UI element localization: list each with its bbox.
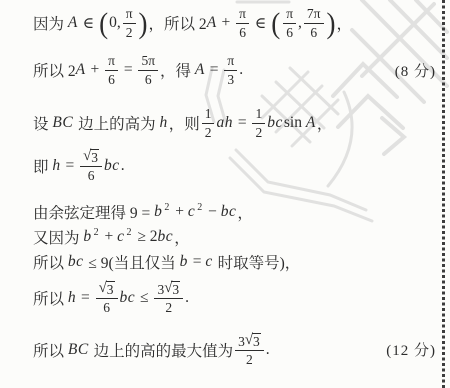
- score-marker: (12 分): [386, 339, 436, 360]
- fraction-denominator: 6: [286, 24, 293, 41]
- math-variable: bc: [158, 228, 175, 246]
- math-variable: bc: [104, 157, 121, 175]
- exponent: 2: [164, 202, 169, 213]
- math-variable: h: [52, 157, 61, 175]
- line-angle-range: 因为 A ∈ (0,π2)，所以 2A + π6 ∈ (π6,7π6)，: [33, 6, 436, 40]
- text-run: =: [77, 289, 94, 307]
- math-variable: BC: [68, 341, 90, 359]
- math-variable: bc: [120, 289, 137, 307]
- column-divider-dotted-line: [442, 0, 445, 388]
- text-run: 0,: [109, 14, 121, 32]
- fraction-denominator: 6: [310, 24, 317, 41]
- solution-page: 因为 A ∈ (0,π2)，所以 2A + π6 ∈ (π6,7π6)，所以 2…: [0, 0, 450, 388]
- sqrt-radicand: 3: [106, 281, 115, 298]
- math-variable: A: [195, 61, 206, 79]
- math-variable: bc: [267, 114, 284, 132]
- fraction-denominator: 2: [255, 124, 262, 141]
- math-variable: A: [306, 114, 317, 132]
- line-am-gm: 又因为 b2 + c2 ≥ 2bc，: [33, 226, 436, 248]
- text-run: sin: [284, 114, 306, 132]
- text-run: +: [101, 228, 118, 246]
- text-run: .: [121, 157, 125, 175]
- text-run: 所以: [33, 339, 68, 361]
- fraction-numerator: √3: [80, 148, 102, 167]
- math-variable: BC: [52, 114, 74, 132]
- fraction: √36: [80, 148, 102, 184]
- text-run: =: [189, 253, 206, 271]
- math-variable: bc: [68, 253, 85, 271]
- fraction: π2: [123, 6, 136, 40]
- math-variable: b: [180, 253, 189, 271]
- line-h-expression: 即 h = √36bc.: [33, 148, 436, 184]
- math-variable: b: [83, 228, 92, 246]
- fraction: 12: [252, 106, 265, 140]
- text-run: ，: [174, 226, 190, 248]
- text-run: 所以: [33, 287, 68, 309]
- solution-text: 因为 A ∈ (0,π2)，所以 2A + π6 ∈ (π6,7π6)，所以 2…: [0, 0, 450, 388]
- text-run: 所以 2: [33, 59, 76, 81]
- line-conclusion: 所以 BC 边上的高的最大值为3√32.(12 分): [33, 332, 436, 368]
- fraction-numerator: 1: [252, 106, 265, 124]
- text-run: ，: [317, 112, 333, 134]
- fraction-numerator: 7π: [304, 6, 324, 24]
- fraction-numerator: √3: [96, 280, 118, 299]
- fraction-denominator: 6: [239, 24, 246, 41]
- text-run: 边上的高的最大值为: [90, 339, 233, 361]
- big-parenthesis: (: [271, 8, 280, 38]
- fraction-denominator: 6: [103, 299, 110, 316]
- text-run: ≤ 9(当且仅当: [85, 251, 180, 273]
- text-run: ，所以 2: [149, 12, 207, 34]
- fraction-numerator: π: [105, 53, 118, 71]
- text-run: ≤: [136, 289, 152, 307]
- text-run: 由余弦定理得 9 =: [33, 201, 154, 223]
- fraction-denominator: 2: [205, 124, 212, 141]
- text-run: ∈: [251, 14, 270, 33]
- fraction: π6: [105, 53, 118, 87]
- text-run: +: [87, 61, 104, 79]
- fraction: 12: [202, 106, 215, 140]
- text-run: =: [206, 61, 223, 79]
- text-run: ≥ 2: [134, 228, 158, 246]
- text-run: 所以: [33, 251, 68, 273]
- exponent: 2: [127, 227, 132, 238]
- text-run: =: [62, 157, 79, 175]
- fraction-numerator: 3√3: [154, 280, 183, 299]
- math-variable: A: [68, 14, 79, 32]
- line-define-height: 设 BC 边上的高为 h，则12ah = 12bcsin A，: [33, 106, 436, 140]
- text-run: 设: [33, 112, 52, 134]
- line-cosine-rule: 由余弦定理得 9 = b2 + c2 − bc，: [33, 201, 436, 223]
- fraction: π3: [224, 53, 237, 87]
- text-run: ，则: [169, 112, 200, 134]
- text-run: +: [218, 14, 235, 32]
- fraction: π6: [236, 6, 249, 40]
- fraction: 7π6: [304, 6, 324, 40]
- math-variable: A: [76, 61, 87, 79]
- fraction-numerator: π: [236, 6, 249, 24]
- math-variable: c: [188, 203, 196, 221]
- math-variable: c: [117, 228, 125, 246]
- text-run: 即: [33, 155, 52, 177]
- score-marker: (8 分): [395, 60, 436, 81]
- math-variable: h: [68, 289, 77, 307]
- fraction: √36: [96, 280, 118, 316]
- text-run: 边上的高为: [74, 112, 159, 134]
- text-run: ，: [237, 201, 253, 223]
- text-run: =: [120, 61, 137, 79]
- big-parenthesis: (: [99, 8, 108, 38]
- text-run: 又因为: [33, 226, 83, 248]
- fraction: 5π6: [138, 53, 158, 87]
- text-run: .: [185, 289, 189, 307]
- text-run: ,: [298, 14, 302, 32]
- fraction-numerator: π: [123, 6, 136, 24]
- text-run: 时取等号)，: [214, 251, 301, 273]
- line-h-bound: 所以 h = √36bc ≤ 3√32.: [33, 280, 436, 316]
- fraction-numerator: 1: [202, 106, 215, 124]
- math-variable: h: [159, 114, 168, 132]
- text-run: ，: [337, 12, 353, 34]
- text-run: ，得: [160, 59, 195, 81]
- sqrt-radicand: 3: [252, 333, 261, 350]
- math-variable: b: [154, 203, 163, 221]
- big-parenthesis: ): [327, 8, 336, 38]
- fraction-numerator: π: [283, 6, 296, 24]
- fraction-numerator: 3√3: [235, 332, 264, 351]
- big-parenthesis: ): [139, 8, 148, 38]
- fraction-numerator: 5π: [138, 53, 158, 71]
- exponent: 2: [94, 227, 99, 238]
- fraction-numerator: π: [224, 53, 237, 71]
- line-solve-A: 所以 2A + π6 = 5π6，得 A = π3.(8 分): [33, 53, 436, 87]
- math-variable: bc: [221, 203, 238, 221]
- math-variable: A: [207, 14, 218, 32]
- exponent: 2: [197, 202, 202, 213]
- sqrt-radicand: 3: [90, 149, 99, 166]
- sqrt-radicand: 3: [171, 281, 180, 298]
- text-run: .: [266, 341, 270, 359]
- fraction-denominator: 3: [227, 71, 234, 88]
- fraction: 3√32: [154, 280, 183, 316]
- text-run: =: [234, 114, 251, 132]
- fraction: 3√32: [235, 332, 264, 368]
- fraction-denominator: 2: [165, 299, 172, 316]
- math-variable: c: [205, 253, 213, 271]
- fraction-denominator: 2: [126, 24, 133, 41]
- math-variable: ah: [216, 114, 234, 132]
- text-run: −: [204, 203, 221, 221]
- line-bc-bound: 所以 bc ≤ 9(当且仅当 b = c 时取等号)，: [33, 251, 436, 273]
- text-run: 因为: [33, 12, 68, 34]
- text-run: ∈: [79, 14, 98, 33]
- fraction-denominator: 2: [246, 351, 253, 368]
- fraction-denominator: 6: [108, 71, 115, 88]
- fraction-denominator: 6: [88, 167, 95, 184]
- text-run: .: [239, 61, 243, 79]
- fraction: π6: [283, 6, 296, 40]
- text-run: +: [171, 203, 188, 221]
- fraction-denominator: 6: [145, 71, 152, 88]
